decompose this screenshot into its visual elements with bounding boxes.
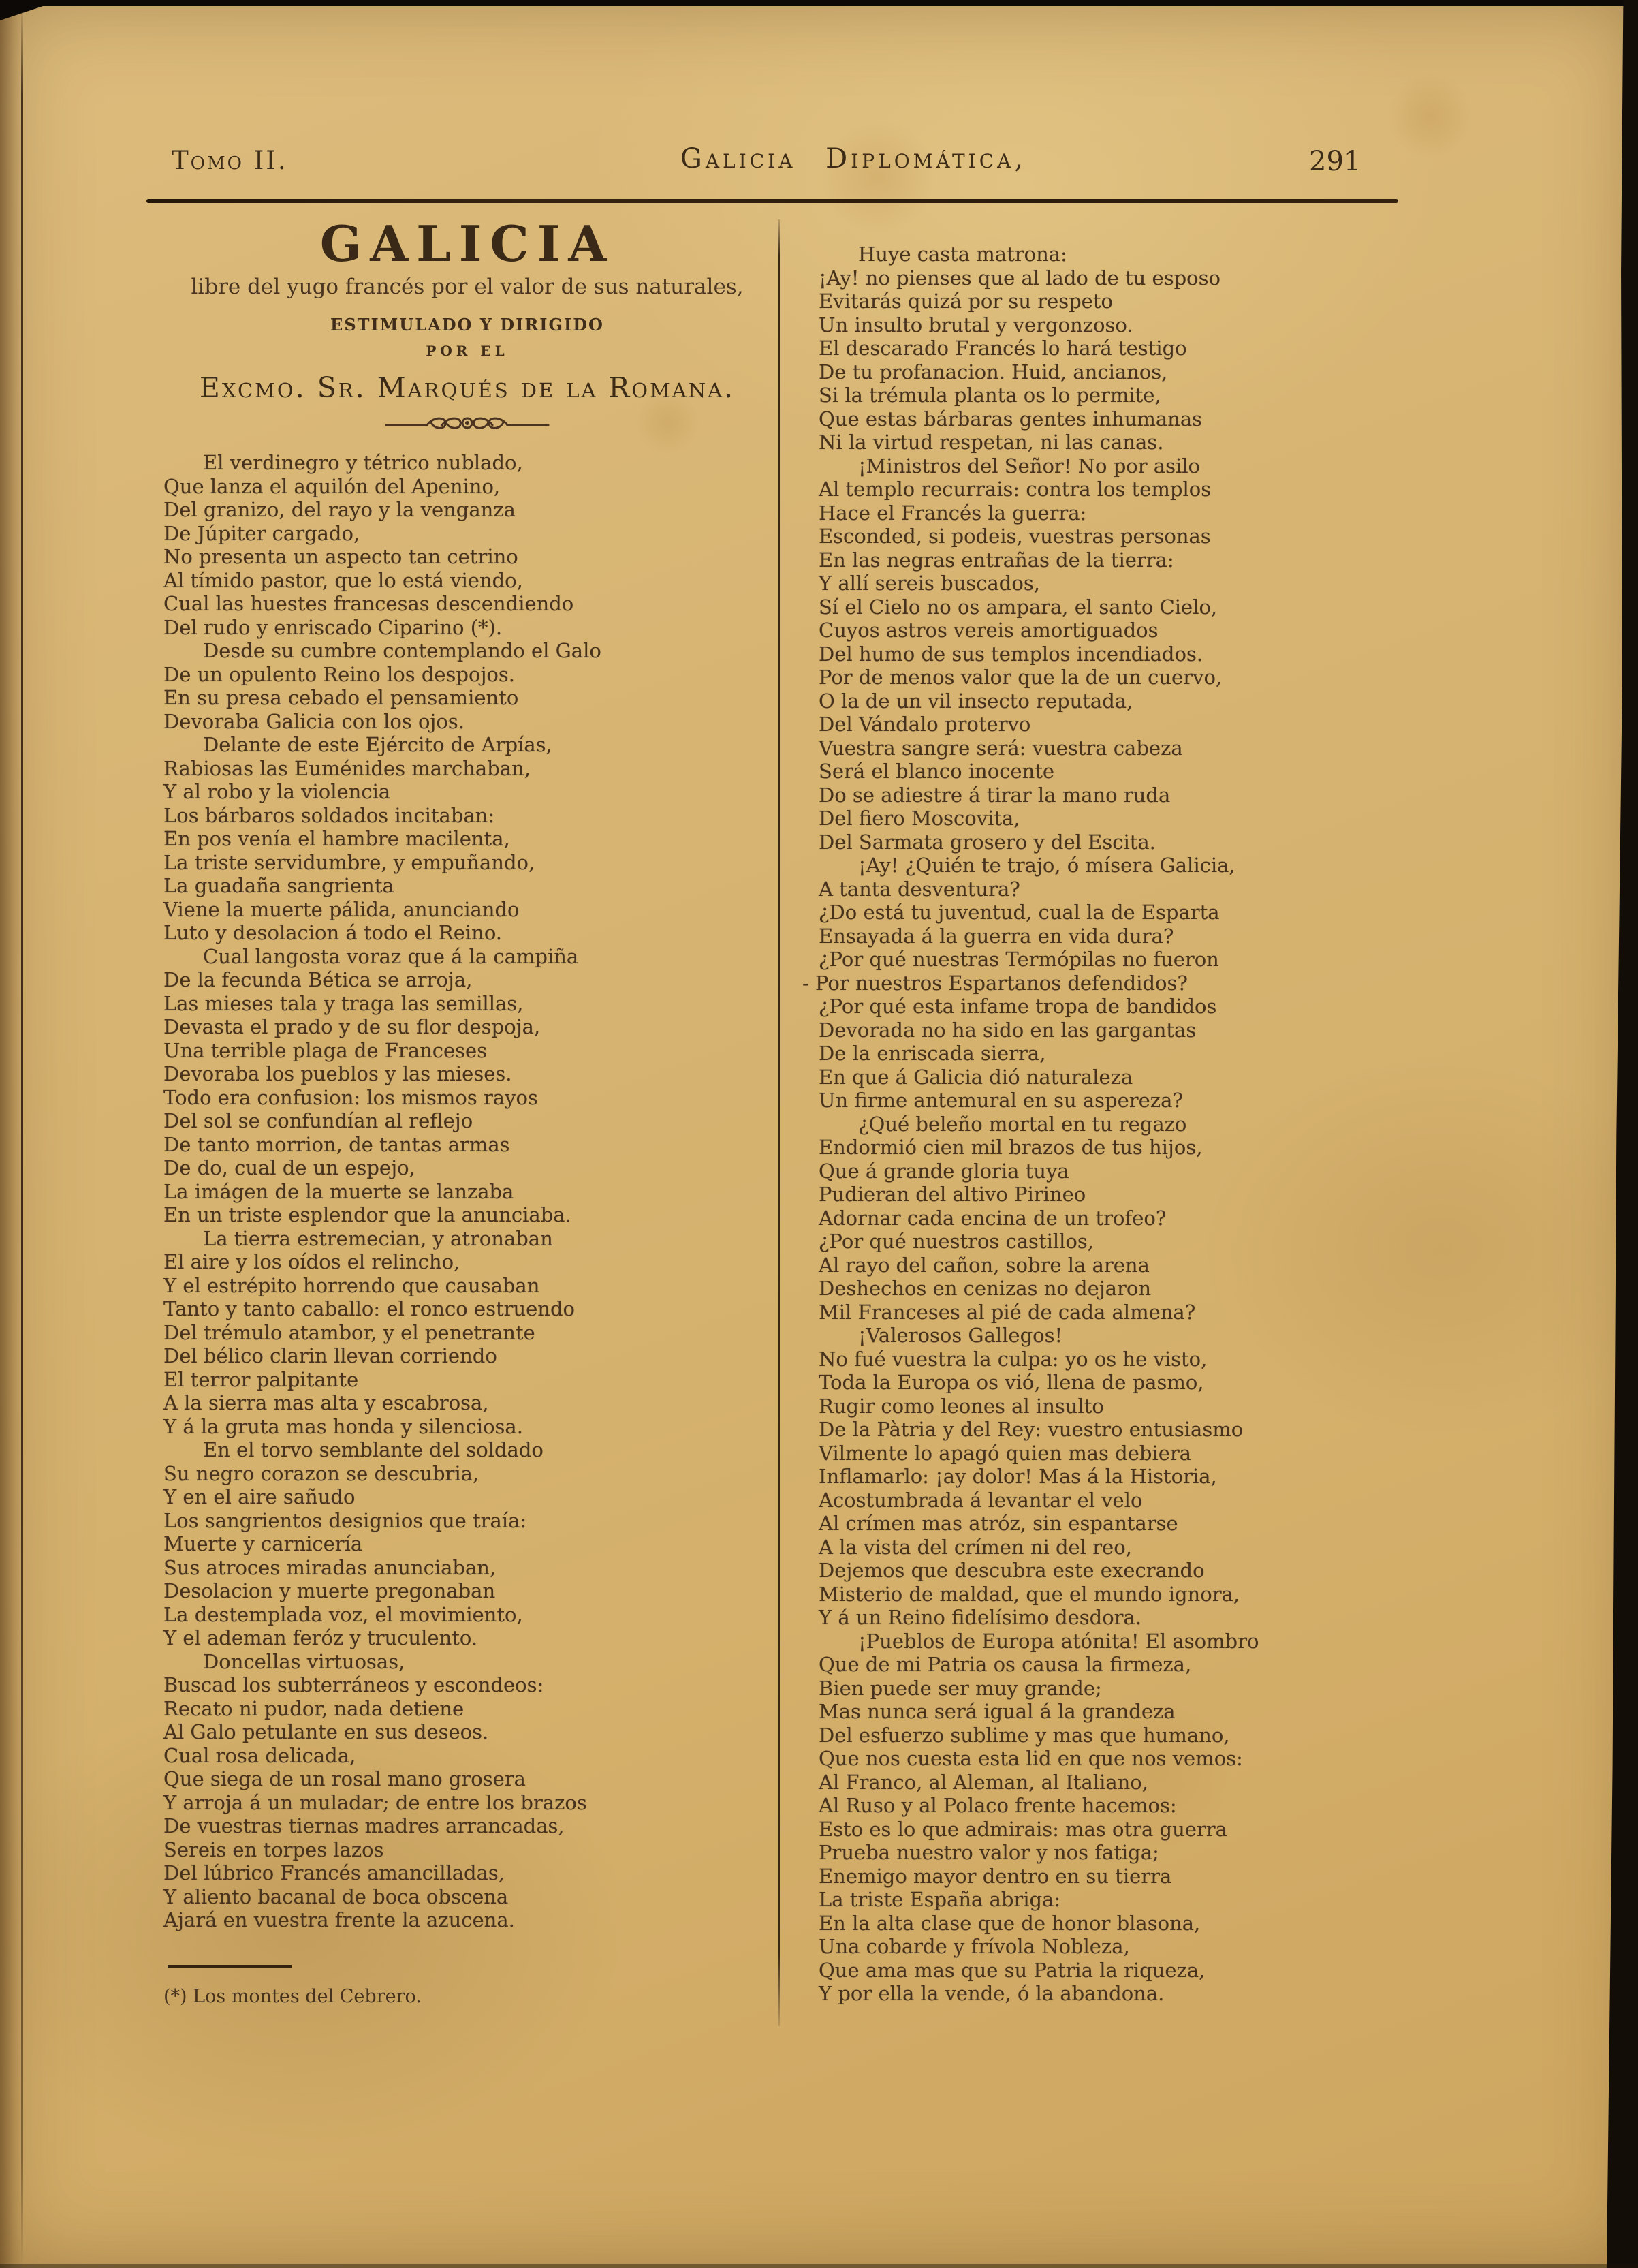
poem-line: Recato ni pudor, nada detiene — [163, 1697, 771, 1721]
poem-line: Que á grande gloria tuya — [819, 1160, 1445, 1183]
poem-line: No fué vuestra la culpa: yo os he visto, — [819, 1348, 1445, 1371]
poem-line: En su presa cebado el pensamiento — [163, 686, 771, 710]
poem-line: Que lanza el aquilón del Apenino, — [163, 475, 771, 499]
poem-right-column: Huye casta matrona:¡Ay! no pienses que a… — [819, 243, 1445, 2006]
poem-line: Al crímen mas atróz, sin espantarse — [819, 1512, 1445, 1536]
author-name: Excmo. Sr. Marqués de la Romana. — [163, 369, 771, 406]
poem-line: La imágen de la muerte se lanzaba — [163, 1180, 771, 1204]
poem-line: En el torvo semblante del soldado — [163, 1438, 771, 1462]
poem-line: Los bárbaros soldados incitaban: — [163, 804, 771, 828]
poem-line: Evitarás quizá por su respeto — [819, 290, 1445, 313]
poem-line: Esconded, si podeis, vuestras personas — [819, 525, 1445, 548]
poem-subtitle: libre del yugo francés por el valor de s… — [163, 273, 771, 301]
poem-line: Todo era confusion: los mismos rayos — [163, 1086, 771, 1110]
poem-line: A la sierra mas alta y escabrosa, — [163, 1391, 771, 1415]
poem-line: Acostumbrada á levantar el velo — [819, 1489, 1445, 1512]
poem-line: Dejemos que descubra este execrando — [819, 1559, 1445, 1583]
poem-line: Del granizo, del rayo y la venganza — [163, 498, 771, 522]
poem-line: ¡Valerosos Gallegos! — [819, 1324, 1445, 1348]
scan-edge-bottom — [0, 2264, 1638, 2268]
poem-line: Al Galo petulante en sus deseos. — [163, 1720, 771, 1744]
poem-line: Muerte y carnicería — [163, 1532, 771, 1556]
poem-line: Misterio de maldad, que el mundo ignora, — [819, 1583, 1445, 1606]
poem-line: Que nos cuesta esta lid en que nos vemos… — [819, 1747, 1445, 1771]
poem-line: Al rayo del cañon, sobre la arena — [819, 1254, 1445, 1277]
poem-line: O la de un vil insecto reputada, — [819, 689, 1445, 713]
poem-line: De la enriscada sierra, — [819, 1042, 1445, 1066]
scan-corner-top-left — [0, 0, 61, 20]
page-number: 291 — [1309, 146, 1361, 177]
poem-line: Un insulto brutal y vergonzoso. — [819, 313, 1445, 337]
poem-line: Y á un Reino fidelísimo desdora. — [819, 1606, 1445, 1630]
poem-line: Que siega de un rosal mano grosera — [163, 1767, 771, 1791]
poem-line: Luto y desolacion á todo el Reino. — [163, 921, 771, 945]
book-gutter-shadow — [0, 0, 23, 2268]
poem-line: El terror palpitante — [163, 1368, 771, 1392]
poem-line: De un opulento Reino los despojos. — [163, 663, 771, 687]
poem-line: ¡Pueblos de Europa atónita! El asombro — [819, 1630, 1445, 1653]
poem-line: Las mieses tala y traga las semillas, — [163, 992, 771, 1016]
poem-line: Del bélico clarin llevan corriendo — [163, 1344, 771, 1368]
poem-line: Y á la gruta mas honda y silenciosa. — [163, 1415, 771, 1439]
poem-line: Y el estrépito horrendo que causaban — [163, 1274, 771, 1298]
poem-line: Desde su cumbre contemplando el Galo — [163, 639, 771, 663]
scroll-ornament-icon — [163, 411, 771, 440]
poem-line: ¿Do está tu juventud, cual la de Esparta — [819, 901, 1445, 925]
poem-line: Al templo recurrais: contra los templos — [819, 478, 1445, 501]
poem-line: Que ama mas que su Patria la riqueza, — [819, 1959, 1445, 1983]
poem-line: Cuyos astros vereis amortiguados — [819, 619, 1445, 642]
poem-line: Devorada no ha sido en las gargantas — [819, 1019, 1445, 1042]
poem-line: Do se adiestre á tirar la mano ruda — [819, 783, 1445, 807]
poem-line: ¡Ministros del Señor! No por asilo — [819, 454, 1445, 478]
poem-line: Hace el Francés la guerra: — [819, 501, 1445, 525]
poem-line: A tanta desventura? — [819, 877, 1445, 901]
poem-line: Enemigo mayor dentro en su tierra — [819, 1865, 1445, 1889]
poem-line: Desolacion y muerte pregonaban — [163, 1579, 771, 1603]
poem-line: Buscad los subterráneos y escondeos: — [163, 1673, 771, 1697]
credit-line: ESTIMULADO Y DIRIGIDO — [163, 315, 771, 335]
poem-line: ¿Por qué nuestras Termópilas no fueron — [819, 948, 1445, 972]
poem-line: Prueba nuestro valor y nos fatiga; — [819, 1841, 1445, 1865]
poem-line: Que de mi Patria os causa la firmeza, — [819, 1653, 1445, 1677]
poem-line: Y arroja á un muladar; de entre los braz… — [163, 1791, 771, 1815]
header-journal-title: Galicia Diplomática, — [680, 143, 1026, 174]
poem-line: Al tímido pastor, que lo está viendo, — [163, 569, 771, 593]
poem-line: Los sangrientos designios que traía: — [163, 1509, 771, 1533]
poem-line: De la Pàtria y del Rey: vuestro entusias… — [819, 1418, 1445, 1442]
right-column: Huye casta matrona:¡Ay! no pienses que a… — [819, 232, 1445, 2006]
poem-line: Doncellas virtuosas, — [163, 1650, 771, 1674]
poem-line: Del humo de sus templos incendiados. — [819, 642, 1445, 666]
poem-line: Será el blanco inocente — [819, 760, 1445, 783]
header-rule — [146, 199, 1398, 203]
poem-line: Su negro corazon se descubria, — [163, 1462, 771, 1486]
poem-line: Del esfuerzo sublime y mas que humano, — [819, 1724, 1445, 1747]
poem-line: El aire y los oídos el relincho, — [163, 1250, 771, 1274]
poem-line: Una cobarde y frívola Nobleza, — [819, 1935, 1445, 1959]
scan-edge-top — [0, 0, 1638, 6]
column-divider-rule — [778, 219, 780, 2026]
poem-line: Devoraba Galicia con los ojos. — [163, 710, 771, 734]
poem-line: Delante de este Ejército de Arpías, — [163, 733, 771, 757]
poem-line: Sí el Cielo no os ampara, el santo Cielo… — [819, 595, 1445, 619]
poem-line: No presenta un aspecto tan cetrino — [163, 545, 771, 569]
poem-line: La tierra estremecian, y atronaban — [163, 1227, 771, 1251]
left-column: GALICIA libre del yugo francés por el va… — [163, 217, 771, 2008]
poem-line: De la fecunda Bética se arroja, — [163, 968, 771, 992]
poem-line: De tu profanacion. Huid, ancianos, — [819, 360, 1445, 384]
poem-line: Que estas bárbaras gentes inhumanas — [819, 407, 1445, 431]
poem-line: Y allí sereis buscados, — [819, 572, 1445, 595]
poem-line: Devasta el prado y de su flor despoja, — [163, 1015, 771, 1039]
poem-line: Mil Franceses al pié de cada almena? — [819, 1301, 1445, 1324]
credit-line: POR EL — [163, 342, 771, 360]
footnote: (*) Los montes del Cebrero. — [163, 1985, 771, 2008]
poem-line: Rabiosas las Euménides marchaban, — [163, 757, 771, 781]
poem-line: La triste servidumbre, y empuñando, — [163, 851, 771, 875]
poem-line: Devoraba los pueblos y las mieses. — [163, 1062, 771, 1086]
poem-line: Toda la Europa os vió, llena de pasmo, — [819, 1371, 1445, 1395]
scanned-page: Tomo II. Galicia Diplomática, 291 GALICI… — [0, 0, 1638, 2268]
poem-line: El verdinegro y tétrico nublado, — [163, 451, 771, 475]
poem-line: Al Ruso y al Polaco frente hacemos: — [819, 1794, 1445, 1818]
poem-line: De do, cual de un espejo, — [163, 1156, 771, 1180]
poem-line: Huye casta matrona: — [819, 243, 1445, 266]
poem-line: Y el ademan feróz y truculento. — [163, 1626, 771, 1650]
poem-line: Un firme antemural en su aspereza? — [819, 1089, 1445, 1113]
poem-line: La destemplada voz, el movimiento, — [163, 1603, 771, 1627]
poem-line: Sereis en torpes lazos — [163, 1838, 771, 1862]
poem-line: Y aliento bacanal de boca obscena — [163, 1885, 771, 1909]
poem-line: Del sol se confundían al reflejo — [163, 1109, 771, 1133]
poem-line: Cual rosa delicada, — [163, 1744, 771, 1768]
poem-line: Del Sarmata grosero y del Escita. — [819, 830, 1445, 854]
poem-line: De Júpiter cargado, — [163, 522, 771, 546]
poem-line: Sus atroces miradas anunciaban, — [163, 1556, 771, 1580]
poem-title: GALICIA — [163, 217, 771, 271]
poem-line: Deshechos en cenizas no dejaron — [819, 1277, 1445, 1301]
poem-line: Del rudo y enriscado Ciparino (*). — [163, 616, 771, 640]
poem-line: Tanto y tanto caballo: el ronco estruend… — [163, 1297, 771, 1321]
poem-line: ¡Ay! ¿Quién te trajo, ó mísera Galicia, — [819, 854, 1445, 877]
poem-line: Rugir como leones al insulto — [819, 1395, 1445, 1418]
poem-line: Y por ella la vende, ó la abandona. — [819, 1982, 1445, 2006]
poem-line: Endormió cien mil brazos de tus hijos, — [819, 1136, 1445, 1160]
poem-line: - Por nuestros Espartanos defendidos? — [819, 972, 1445, 995]
scan-edge-right — [1605, 0, 1638, 2268]
poem-line: La triste España abriga: — [819, 1888, 1445, 1912]
poem-line: Del fiero Moscovita, — [819, 807, 1445, 830]
poem-line: ¿Por qué esta infame tropa de bandidos — [819, 995, 1445, 1019]
poem-line: Por de menos valor que la de un cuervo, — [819, 666, 1445, 689]
poem-line: En pos venía el hambre macilenta, — [163, 827, 771, 851]
poem-line: Inflamarlo: ¡ay dolor! Mas á la Historia… — [819, 1465, 1445, 1489]
poem-line: En que á Galicia dió naturaleza — [819, 1066, 1445, 1089]
poem-line: Ajará en vuestra frente la azucena. — [163, 1908, 771, 1932]
poem-line: Cual langosta voraz que á la campiña — [163, 945, 771, 969]
poem-line: Al Franco, al Aleman, al Italiano, — [819, 1771, 1445, 1795]
poem-line: En un triste esplendor que la anunciaba. — [163, 1203, 771, 1227]
poem-line: La guadaña sangrienta — [163, 874, 771, 898]
poem-line: Ensayada á la guerra en vida dura? — [819, 925, 1445, 948]
poem-line: Del Vándalo protervo — [819, 713, 1445, 736]
poem-line: El descarado Francés lo hará testigo — [819, 337, 1445, 360]
poem-line: Pudieran del altivo Pirineo — [819, 1183, 1445, 1207]
poem-line: Si la trémula planta os lo permite, — [819, 384, 1445, 407]
poem-line: ¡Ay! no pienses que al lado de tu esposo — [819, 266, 1445, 290]
poem-line: De vuestras tiernas madres arrancadas, — [163, 1814, 771, 1838]
poem-line: Esto es lo que admirais: mas otra guerra — [819, 1818, 1445, 1842]
poem-line: ¿Por qué nuestros castillos, — [819, 1230, 1445, 1254]
poem-line: Y al robo y la violencia — [163, 780, 771, 804]
poem-line: Y en el aire sañudo — [163, 1485, 771, 1509]
poem-line: Vuestra sangre será: vuestra cabeza — [819, 736, 1445, 760]
poem-line: ¿Qué beleño mortal en tu regazo — [819, 1113, 1445, 1136]
poem-line: Vilmente lo apagó quien mas debiera — [819, 1442, 1445, 1465]
poem-left-column: El verdinegro y tétrico nublado,Que lanz… — [163, 451, 771, 1932]
poem-line: Viene la muerte pálida, anunciando — [163, 898, 771, 922]
poem-line: Mas nunca será igual á la grandeza — [819, 1700, 1445, 1724]
poem-line: De tanto morrion, de tantas armas — [163, 1133, 771, 1157]
poem-line: Una terrible plaga de Franceses — [163, 1039, 771, 1063]
header-volume: Tomo II. — [172, 146, 288, 175]
poem-line: Del trémulo atambor, y el penetrante — [163, 1321, 771, 1345]
poem-line: Adornar cada encina de un trofeo? — [819, 1207, 1445, 1230]
footnote-rule — [168, 1965, 292, 1968]
poem-line: A la vista del crímen ni del reo, — [819, 1536, 1445, 1559]
poem-line: Cual las huestes francesas descendiendo — [163, 592, 771, 616]
poem-line: En la alta clase que de honor blasona, — [819, 1912, 1445, 1936]
poem-line: Ni la virtud respetan, ni las canas. — [819, 431, 1445, 454]
page-crease-line — [21, 4, 23, 2268]
poem-line: En las negras entrañas de la tierra: — [819, 548, 1445, 572]
poem-line: Bien puede ser muy grande; — [819, 1677, 1445, 1700]
poem-line: Del lúbrico Francés amancilladas, — [163, 1861, 771, 1885]
